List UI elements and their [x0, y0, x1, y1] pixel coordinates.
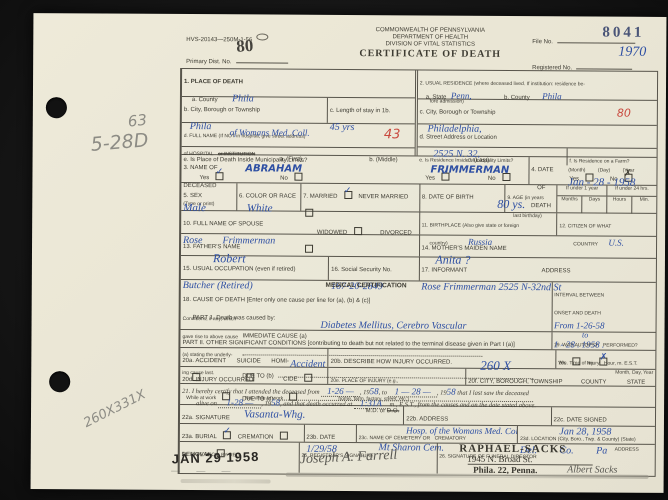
- s19-label1: 19. WAS AUTOPSY: [554, 342, 599, 348]
- section-8-date-of-birth: 8. DATE OF BIRTH: [419, 184, 505, 212]
- s18-interval-label1: INTERVAL BETWEEN: [554, 292, 604, 298]
- s17-address-label: ADDRESS: [541, 268, 570, 274]
- s25-registrar-signature: Joseph A. Farrell: [299, 448, 397, 468]
- s9-min-label: Min.: [632, 197, 656, 214]
- section-1-place-of-death: 1. PLACE OF DEATH a. County Phila b. Cit…: [182, 69, 415, 155]
- s22c-label: 22c. DATE SIGNED: [553, 417, 606, 423]
- s1-label: 1. PLACE OF DEATH: [184, 79, 243, 85]
- s9-under24-label: If under 24 hrs.: [607, 186, 656, 196]
- section-22b-address: 22b. ADDRESS Hosp. of the Womans Med. Co…: [403, 406, 550, 425]
- s21-t3: , to: [379, 389, 387, 396]
- check-mark-icon: ✓: [223, 425, 231, 436]
- form-header: HVS-20143—250M-1-56 Primary Dist. No. 80…: [180, 22, 658, 71]
- form-grid: 1. PLACE OF DEATH a. County Phila b. Cit…: [178, 68, 658, 477]
- file-no-stamp: 8041: [602, 25, 644, 42]
- certificate-paper: 63 5-28D 260X331X — — — HVS-20143—250M-1…: [31, 13, 667, 493]
- section-13-father: 13. FATHER'S NAME Robert: [181, 234, 419, 256]
- s20d-label: 20d. INJURY OCCURRED: [182, 377, 253, 383]
- section-20e: 20e. PLACE OF INJURY (e.g., home, farm, …: [327, 368, 465, 385]
- s3-label1: 3. NAME OF: [183, 165, 217, 171]
- s10-label: 10. FULL NAME OF SPOUSE: [183, 221, 263, 227]
- s9-under1yr-label: If under 1 year: [558, 185, 608, 195]
- s4-year-label: (Year: [623, 168, 635, 174]
- s13-label: 13. FATHER'S NAME: [183, 244, 240, 250]
- s21-v3: 1 — 28 —: [389, 386, 437, 397]
- section-20f: 20f. CITY, BOROUGH, TOWNSHIP COUNTY STAT…: [465, 369, 655, 386]
- s23c-label2: CREMATORY: [435, 436, 466, 442]
- printers-union-bug-icon: [256, 34, 268, 41]
- s12-label1: 12. CITIZEN OF WHAT: [559, 223, 611, 229]
- s20f-label: 20f. CITY, BOROUGH, TOWNSHIP: [468, 379, 562, 386]
- s2c-label: c. City, Borough or Township: [420, 109, 496, 115]
- s6-label: 6. COLOR OR RACE: [239, 193, 296, 199]
- section-21-certify: 21. I hereby certify that I attended the…: [180, 384, 655, 407]
- section-3-name-label: 3. NAME OF DECEASED (Type or print): [181, 155, 243, 182]
- scan-smudge: [286, 473, 649, 479]
- s22a-label: 22a. SIGNATURE: [182, 415, 230, 421]
- s2c-value: Philadelphia,: [427, 123, 481, 134]
- section-19-autopsy: 19. WAS AUTOPSY PERFORMED? Yes No ✗: [551, 332, 656, 350]
- s18-interval-from: From 1-26-58: [554, 320, 654, 331]
- s23a-cremation-checkbox: [280, 432, 288, 440]
- s3-last-value: FRIMMERMAN: [430, 164, 526, 176]
- section-15-occupation: 15. USUAL OCCUPATION (even if retired) B…: [181, 256, 328, 280]
- primary-dist-line: [236, 62, 288, 63]
- s9-months-label: Months: [557, 196, 582, 213]
- section-23d-location: 23d. LOCATION (City, Boro., Twp. & Count…: [517, 426, 655, 444]
- s15-label: 15. USUAL OCCUPATION (even if retired): [183, 266, 296, 273]
- s22b-label: 22b. ADDRESS: [406, 416, 448, 422]
- certificate-title: CERTIFICATE OF DEATH: [340, 48, 520, 61]
- s4-day-label: (Day): [598, 168, 610, 174]
- s23a-label: 23a. BURIAL: [182, 434, 217, 440]
- s19-label2: PERFORMED?: [603, 343, 638, 349]
- s4-label1: 4. DATE: [531, 167, 553, 173]
- section-25-registrar: 25. REGISTRAR'S SIGNATURE Joseph A. Farr…: [298, 443, 436, 474]
- s20a-homicide-label1: HOMI-: [271, 359, 289, 365]
- section-3-first-name: a. (First) ABRAHAM: [243, 155, 338, 183]
- s14-label: 14. MOTHER'S MAIDEN NAME: [422, 245, 507, 252]
- s18-label1: 18. CAUSE OF DEATH [Enter only one cause…: [183, 297, 371, 304]
- section-18-cause-of-death: MEDICAL CERTIFICATION 18. CAUSE OF DEATH…: [181, 280, 552, 331]
- s18-cond1: Conditions, if any, which: [183, 316, 237, 322]
- section-18-interval: INTERVAL BETWEEN ONSET AND DEATH From 1-…: [551, 282, 656, 332]
- s21-t5: that I last saw the deceased: [457, 390, 529, 397]
- s5-label: 5. SEX: [183, 193, 202, 199]
- section-6-color-race: 6. COLOR OR RACE White: [236, 183, 300, 210]
- s23a-burial-checkbox: ✓: [223, 431, 231, 439]
- section-4-date-of-death: 4. DATE OF DEATH (Month) (Day) (Year Jan…: [528, 157, 656, 185]
- s21-v1: 1-26 —: [321, 386, 360, 397]
- section-9-age: 9. AGE (in years last birthday) 80 ys.: [504, 185, 556, 212]
- s7-married-label: 7. MARRIED: [303, 194, 337, 200]
- section-20a: 20a. ACCIDENT SUICIDE HOMI- CIDE: [180, 348, 327, 367]
- scan-smudge: [181, 479, 271, 484]
- section-3-last-name: c. (Last) FRIMMERMAN: [428, 156, 528, 184]
- s20a-accident-label: 20a. ACCIDENT: [182, 358, 226, 364]
- s22a-md-label: M.D. or D.O.: [366, 408, 400, 415]
- primary-dist-label: Primary Dist. No.: [186, 59, 231, 65]
- section-20c: 20c. Time of Injury Hour, m. E.S.T. Mont…: [556, 350, 656, 369]
- section-10-spouse: 10. FULL NAME OF SPOUSE Rose Frimmerman: [181, 211, 419, 234]
- s8-label: 8. DATE OF BIRTH: [422, 194, 474, 200]
- s26-address-label: ADDRESS: [615, 447, 639, 453]
- section-2-usual-residence: 2. USUAL RESIDENCE (where deceased lived…: [414, 70, 657, 156]
- section-26-funeral-director: 26. SIGNATURE OF FUNERAL DIRECTOR ADDRES…: [436, 444, 655, 475]
- s7-never-label: NEVER MARRIED: [358, 194, 408, 200]
- margin-note-260x: 260X331X: [81, 387, 148, 431]
- s18-interval-label2: ONSET AND DEATH: [554, 310, 601, 316]
- section-12-citizen: 12. CITIZEN OF WHAT COUNTRY U.S.: [556, 213, 656, 236]
- s1b-label: b. City, Borough or Township: [184, 107, 260, 113]
- registered-no-value: 1970: [618, 45, 646, 61]
- s21-v2: 58: [370, 386, 379, 396]
- s20f-state-label: STATE: [627, 380, 645, 386]
- s18-immediate-value: Diabetes Mellitus, Cerebro Vascular: [321, 320, 467, 332]
- s20b-label: 20b. DESCRIBE HOW INJURY OCCURRED.: [331, 359, 453, 366]
- scan-background: 63 5-28D 260X331X — — — HVS-20143—250M-1…: [0, 0, 668, 500]
- part2-label: PART II. OTHER SIGNIFICANT CONDITIONS [c…: [182, 340, 514, 348]
- section-23c-cemetery: 23c. NAME OF CEMETERY OR CREMATORY Mt Sh…: [356, 425, 518, 443]
- s22a-signature-value: Vasanta-Whg.: [244, 408, 305, 420]
- punch-hole-icon: [46, 97, 67, 118]
- s23d-label: 23d. LOCATION (City, Boro., Twp. & Count…: [520, 436, 636, 443]
- s24-received-stamp: JAN 29 1958: [172, 449, 260, 467]
- s2c-code-red: 80: [617, 107, 631, 120]
- s21-t4: , 19: [437, 390, 447, 397]
- primary-dist-stamp: 80: [236, 36, 254, 57]
- s21-v4: 58: [447, 387, 456, 397]
- section-7-marital-status: 7. MARRIED ✓ NEVER MARRIED WIDOWED DIVOR…: [300, 184, 419, 212]
- s21-t1: 21. I hereby certify that I attended the…: [182, 388, 319, 396]
- s3-middle-label: b. (Middle): [340, 157, 426, 165]
- s11-label1: 11. BIRTHPLACE (Also give state or forei…: [422, 222, 519, 229]
- file-no-label: File No.: [532, 39, 553, 45]
- s23b-label: 23b. DATE: [306, 435, 335, 441]
- s20a-suicide-label: SUICIDE: [236, 358, 260, 364]
- s23a-cremation-label: CREMATION: [238, 434, 274, 440]
- s9-value: 80 ys.: [497, 197, 525, 212]
- s7-married-checkbox: ✓: [344, 191, 352, 199]
- section-24-date-recd: 24. DATE REC'D BY REG. JAN 29 1958: [180, 442, 299, 473]
- margin-note-528d: 5-28D: [90, 129, 149, 156]
- s20c-hour-label: Hour, m. E.S.T.: [604, 361, 638, 367]
- s3-first-value: ABRAHAM: [245, 163, 336, 175]
- s9-days-label: Days: [582, 196, 607, 213]
- section-20b: 20b. DESCRIBE HOW INJURY OCCURRED.: [328, 349, 556, 368]
- s21-t2: , 19: [360, 389, 370, 396]
- s23c-label1: 23c. NAME OF CEMETERY OR: [359, 435, 431, 441]
- section-3-middle-name: b. (Middle): [338, 156, 428, 184]
- section-11-birthplace: 11. BIRTHPLACE (Also give state or forei…: [419, 212, 557, 235]
- section-9-under-grid: If under 1 year If under 24 hrs. Months …: [557, 185, 657, 213]
- s17-label: 17. INFORMANT: [421, 267, 467, 273]
- section-5-sex: 5. SEX Male: [181, 183, 236, 210]
- medical-certification-title: MEDICAL CERTIFICATION: [183, 281, 550, 290]
- s16-label: 16. Social Security No.: [331, 267, 392, 273]
- section-23b-date: 23b. DATE 1/29/58: [303, 425, 355, 442]
- s1c-label: c. Length of stay in 1b.: [330, 108, 390, 114]
- section-14-mother: 14. MOTHER'S MAIDEN NAME Anita ?: [418, 235, 656, 257]
- s1d-value: of Womans Med. Coll.: [230, 127, 310, 137]
- s20e-label1: 20e. PLACE OF INJURY (e.g.,: [330, 378, 398, 384]
- s1d-code-red: 43: [384, 127, 401, 142]
- s20f-county-label: COUNTY: [581, 379, 606, 385]
- s9-hours-label: Hours: [607, 197, 632, 214]
- check-mark-icon: ✓: [344, 185, 352, 196]
- certificate-form: HVS-20143—250M-1-56 Primary Dist. No. 80…: [178, 22, 659, 477]
- s4-month-label: (Month): [568, 167, 585, 173]
- section-16-ssn: 16. Social Security No. 167-20-2849: [328, 257, 418, 281]
- section-22a-signature: 22a. SIGNATURE Vasanta-Whg. M.D. or D.O.: [180, 405, 403, 424]
- section-20d: 20d. INJURY OCCURRED While at work Not w…: [180, 367, 327, 384]
- section-18-part2: PART II. OTHER SIGNIFICANT CONDITIONS [c…: [180, 330, 551, 349]
- s20c-time-label: 20c. Time of Injury: [559, 360, 600, 366]
- section-23a-burial: 23a. BURIAL ✓ CREMATION REMOVAL: [180, 424, 304, 442]
- section-22c-date-signed: 22c. DATE SIGNED Jan 28, 1958: [550, 407, 655, 426]
- margin-note-63: 63: [127, 111, 148, 131]
- punch-hole-icon: [49, 371, 70, 392]
- section-17-informant: 17. INFORMANT ADDRESS Rose Frimmerman 25…: [418, 257, 656, 281]
